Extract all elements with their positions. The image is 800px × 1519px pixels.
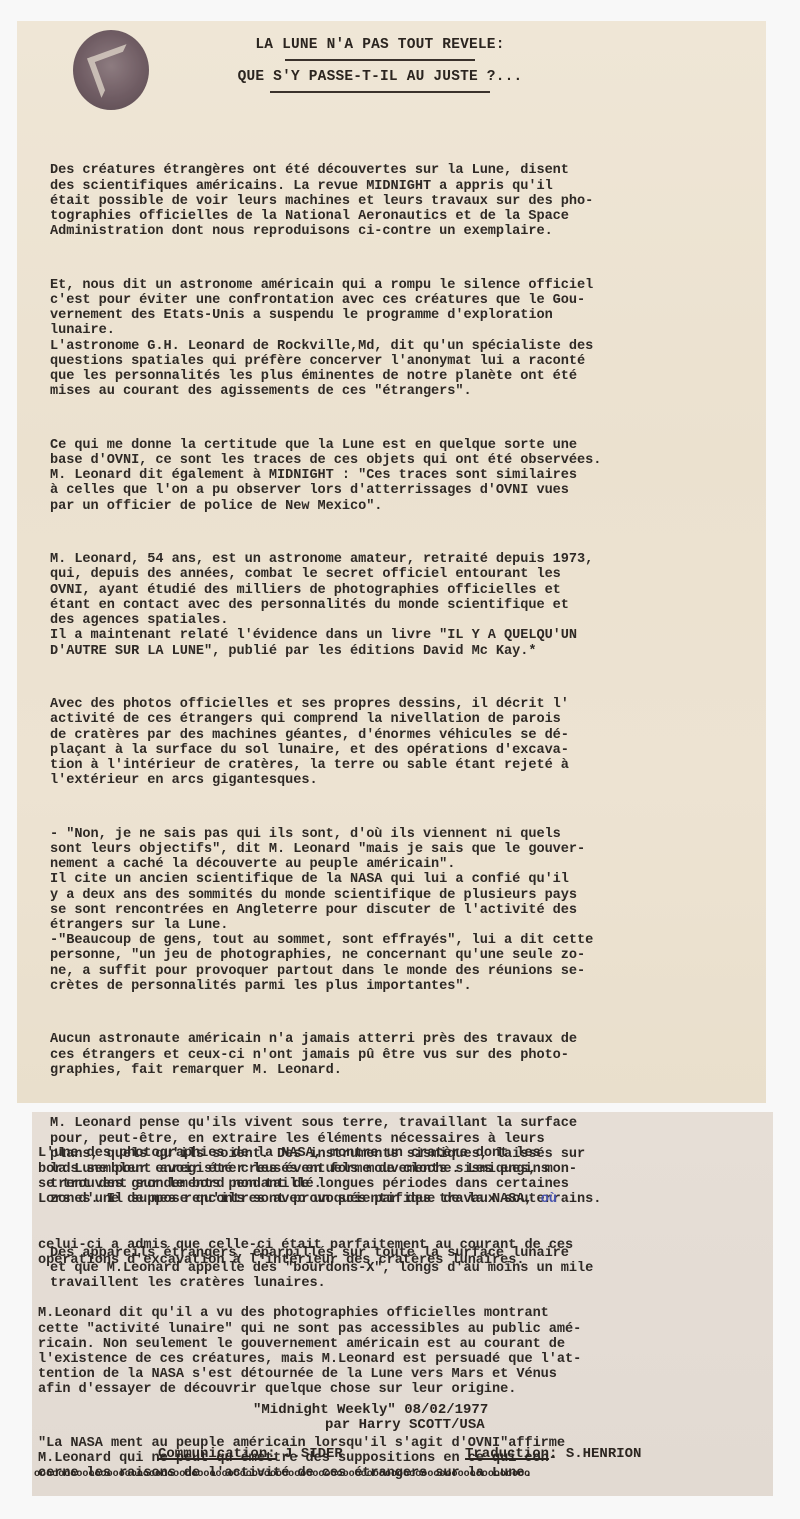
source-author: par Harry SCOTT/USA [325,1417,485,1433]
paragraph: L'une des photographies de la NASA, mont… [38,1146,549,1207]
headline: LA LUNE N'A PAS TOUT REVELE: QUE S'Y PAS… [200,35,560,93]
paragraph-with-correction: L'une des photographies de la NASA, mont… [38,1146,581,1207]
headline-line-1: LA LUNE N'A PAS TOUT REVELE: [200,35,560,59]
paragraph: Et, nous dit un astronome américain qui … [50,278,601,400]
communication-credit: Communication: J.SIDER [158,1446,343,1462]
ink-stamp-icon [73,30,149,110]
source-publication: "Midnight Weekly" 08/02/1977 [253,1402,488,1418]
headline-line-2: QUE S'Y PASSE-T-IL AU JUSTE ?... [200,67,560,91]
paragraph: Des créatures étrangères ont été découve… [50,163,601,239]
paragraph: Avec des photos officielles et ses propr… [50,697,601,788]
communication-label: Communication: [158,1446,276,1462]
paragraph: M. Leonard, 54 ans, est un astronome ama… [50,552,601,658]
translation-label: Traduction [465,1446,549,1462]
paragraph: celui-ci a admis que celle-ci était parf… [38,1238,581,1268]
headline-underline-2 [270,91,490,93]
paragraph: Ce qui me donne la certitude que la Lune… [50,438,601,514]
paragraph: M.Leonard dit qu'il a vu des photographi… [38,1306,581,1397]
paragraph: Aucun astronaute américain n'a jamais at… [50,1032,601,1078]
typed-divider: oooooooooooooooooooooooooooooooooooooooo… [34,1469,764,1480]
handwritten-correction: où [541,1192,557,1207]
translation-credit: Traduction: S.HENRION [465,1446,641,1462]
paragraph: - "Non, je ne sais pas qui ils sont, d'o… [50,827,601,994]
headline-underline-1 [285,59,475,61]
translation-name: : S.HENRION [549,1446,641,1462]
communication-name: J.SIDER [276,1446,343,1462]
